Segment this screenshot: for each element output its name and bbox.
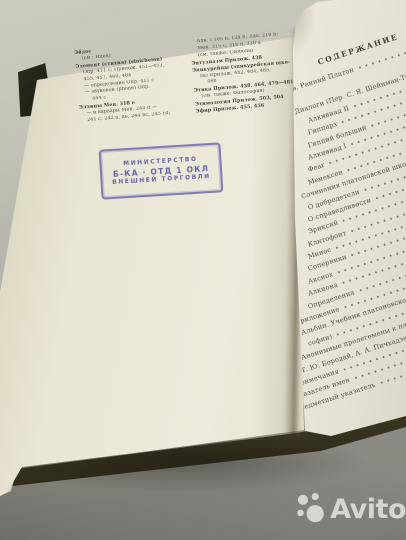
avito-wordmark: Avito	[330, 496, 406, 523]
dot-leader	[357, 0, 406, 70]
contents-list: А. Ф. Лосев. Ранний Платон Диалоги (Пер.…	[295, 94, 406, 434]
contents-entry: Предметный указатель	[295, 404, 406, 416]
open-book: Эйдос(см.: Идея)Элемент (стихия) (stoich…	[0, 0, 406, 540]
library-stamp: МИНИСТЕРСТВО Б-КА · ОТД 1 ОКЛ ВНЕШНЕЙ ТО…	[99, 142, 224, 199]
avito-logo-icon	[294, 483, 328, 533]
index-column-2: Алк. I 105 b, 124 b; Лах. 210 b;Мен. 315…	[190, 31, 302, 116]
book-photo-scene: Эйдос(см.: Идея)Элемент (стихия) (stoich…	[0, 0, 406, 540]
index-column-1: Эйдос(см.: Идея)Элемент (стихия) (stoich…	[74, 41, 186, 126]
avito-watermark: Avito	[294, 480, 406, 536]
